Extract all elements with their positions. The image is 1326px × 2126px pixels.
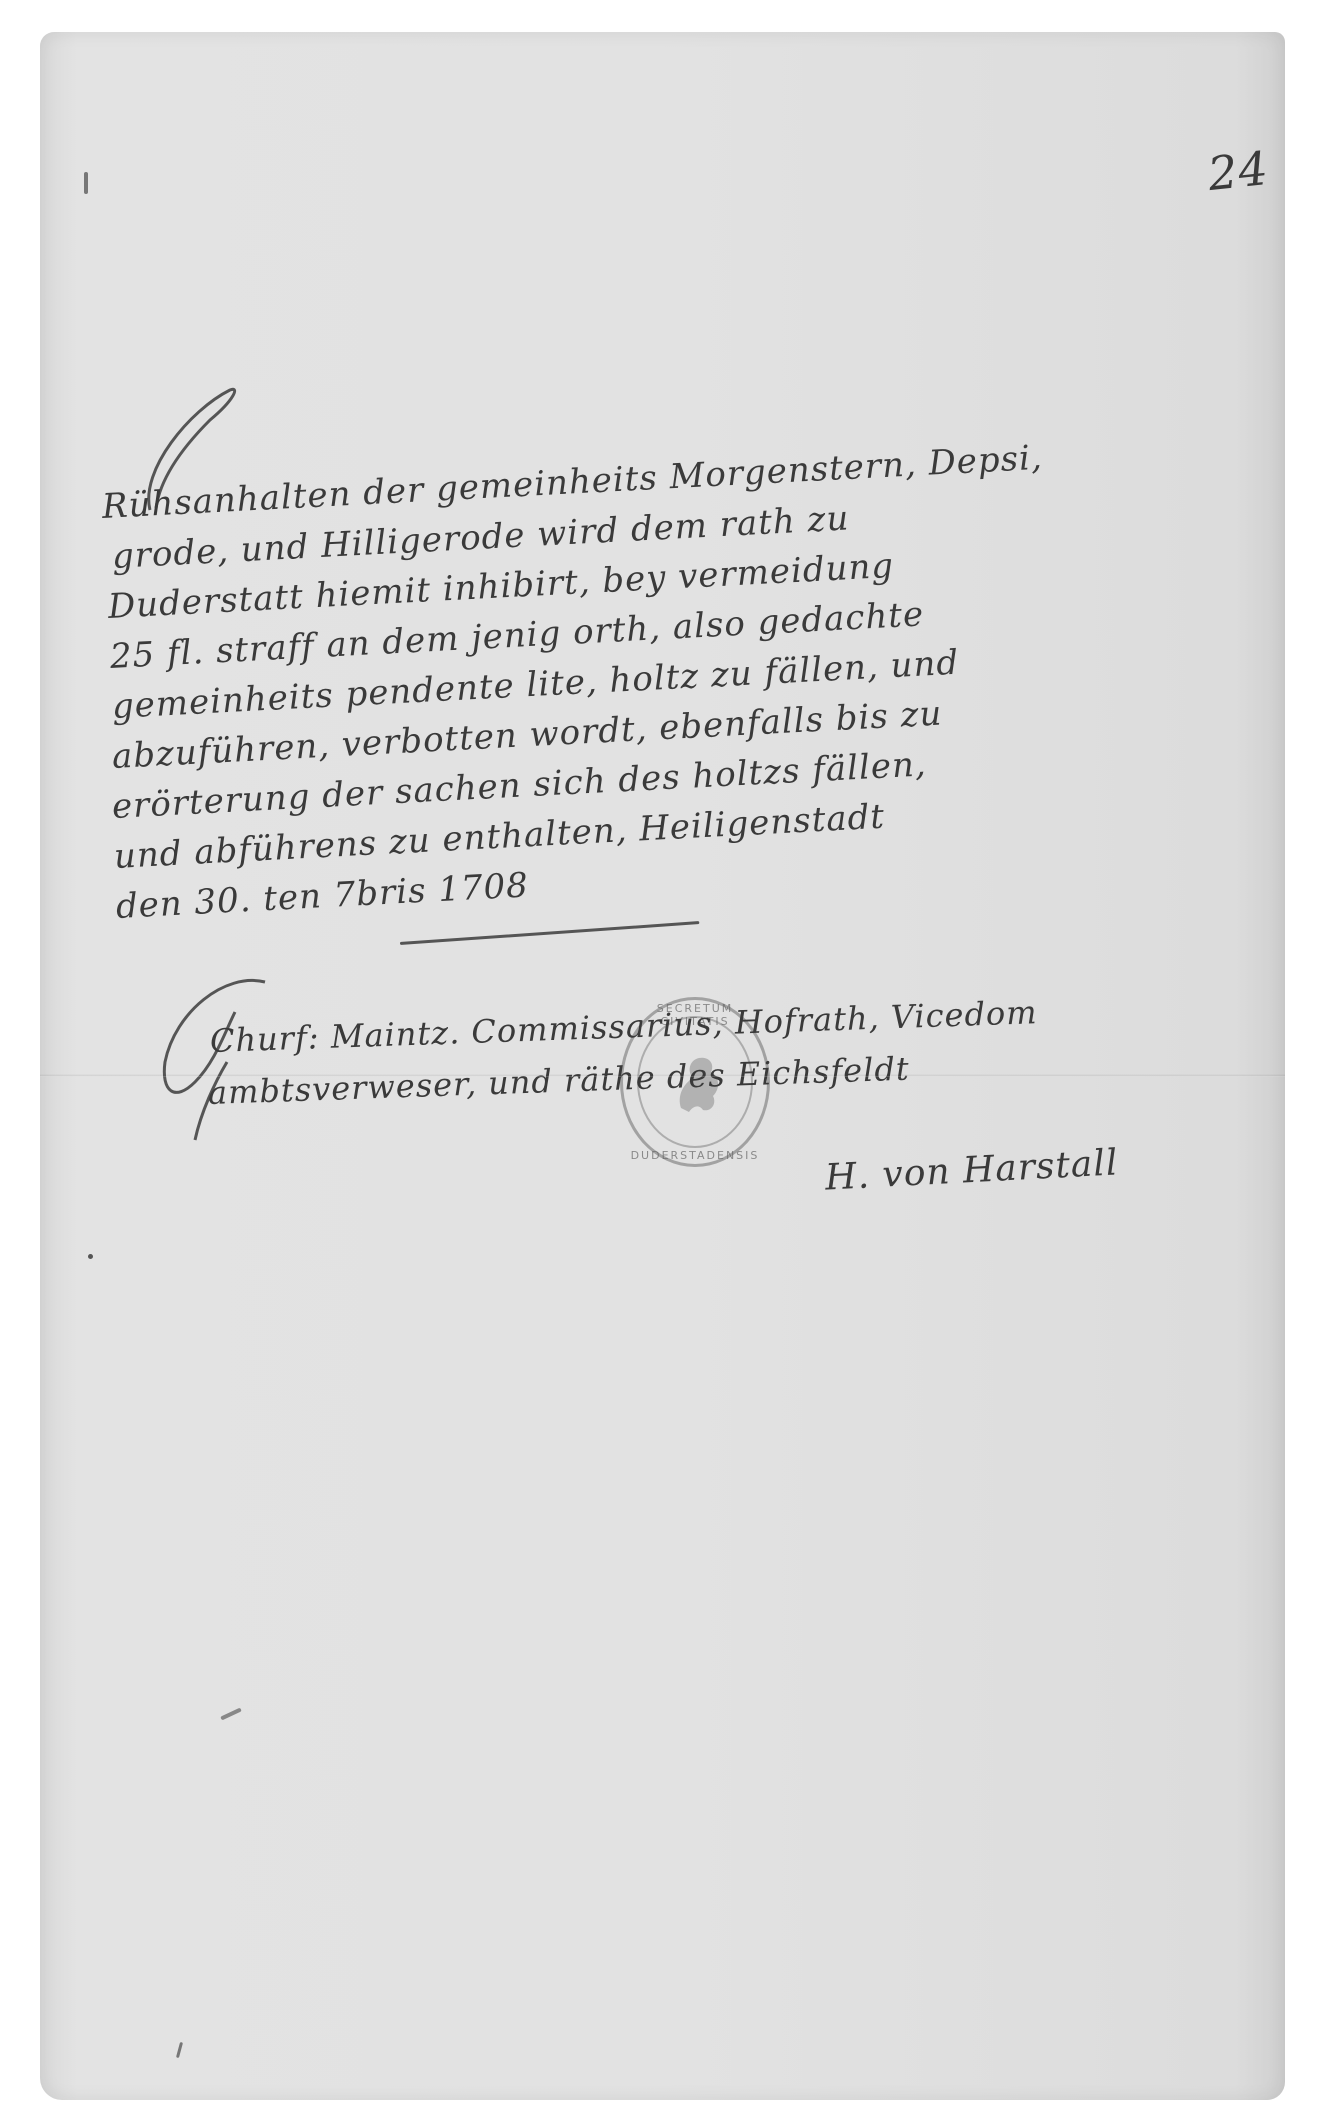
ink-mark bbox=[176, 2042, 183, 2058]
ink-mark bbox=[220, 1708, 242, 1721]
folio-number: 24 bbox=[1205, 141, 1271, 201]
date-flourish bbox=[400, 921, 699, 945]
closing-line-2: ambtsverweser, und räthe des Eichsfeldt bbox=[207, 1050, 910, 1112]
ink-speck bbox=[88, 1254, 93, 1259]
signature: H. von Harstall bbox=[824, 1142, 1119, 1198]
manuscript-page: 24 Rühsanhalten der gemeinheits Morgenst… bbox=[40, 32, 1285, 2100]
body-line-9: den 30. ten 7bris 1708 bbox=[115, 865, 530, 927]
edge-mark bbox=[84, 172, 88, 194]
